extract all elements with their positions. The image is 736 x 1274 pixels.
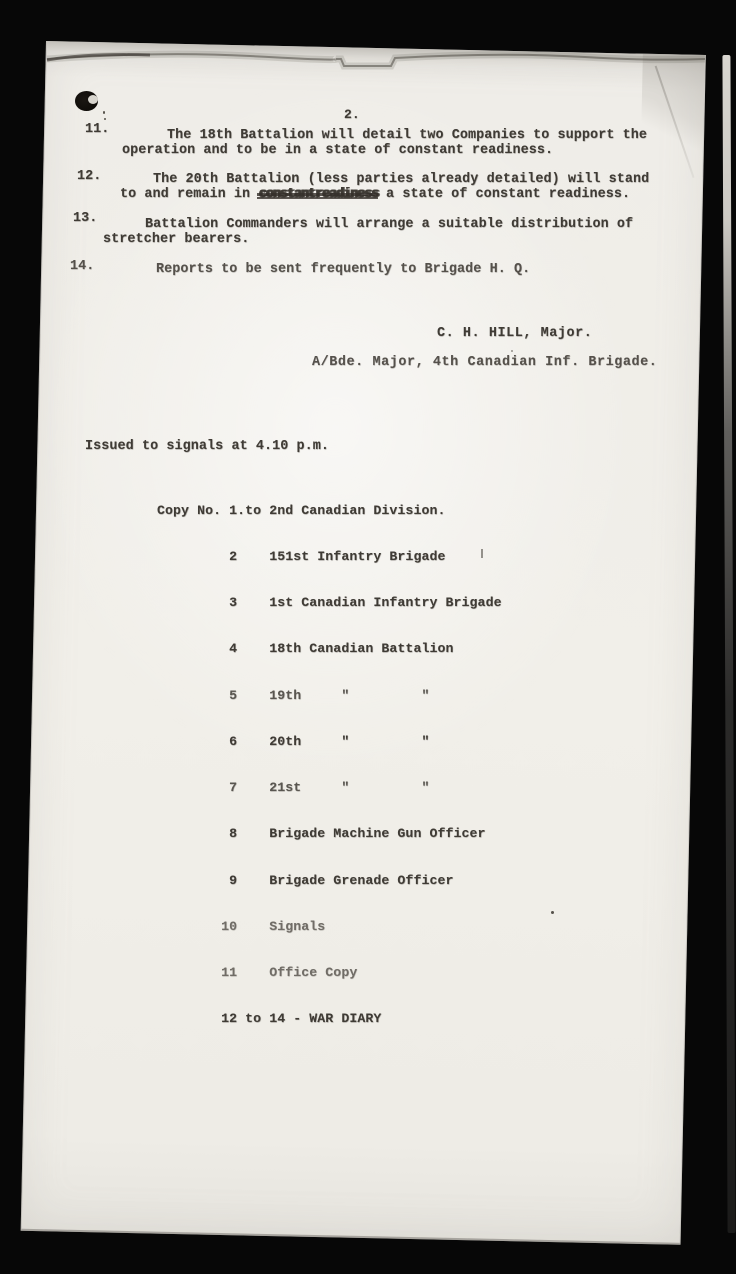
distribution-line: 7 21st " "	[157, 780, 502, 795]
distribution-line: 9 Brigade Grenade Officer	[157, 873, 502, 888]
distribution-line: 10 Signals	[157, 919, 502, 934]
distribution-line: 12 to 14 - WAR DIARY	[157, 1011, 502, 1026]
item-14-line-1: Reports to be sent frequently to Brigade…	[156, 263, 530, 278]
item-14-number: 14.	[70, 260, 94, 275]
distribution-line: 4 18th Canadian Battalion	[157, 641, 502, 656]
item-12-line-2-pre: to and remain in	[120, 187, 258, 202]
typed-text-layer: 2. 11. The 18th Battalion will detail tw…	[0, 0, 736, 1274]
distribution-line: 8 Brigade Machine Gun Officer	[157, 826, 502, 841]
distribution-list: Copy No. 1.to 2nd Canadian Division. 2 1…	[157, 472, 502, 1057]
signature-name: C. H. HILL, Major.	[437, 327, 592, 342]
distribution-line: 5 19th " "	[157, 688, 502, 703]
scanned-document-page: { "scan": { "page_number": "2.", "items"…	[0, 0, 736, 1274]
item-13-line-1: Battalion Commanders will arrange a suit…	[145, 218, 633, 233]
item-12-line-2-post: a state of constant readiness.	[378, 187, 630, 202]
distribution-line: 11 Office Copy	[157, 965, 502, 980]
distribution-line: 6 20th " "	[157, 734, 502, 749]
distribution-line: 3 1st Canadian Infantry Brigade	[157, 595, 502, 610]
item-11-line-1: The 18th Battalion will detail two Compa…	[167, 129, 647, 144]
item-11-line-2: operation and to be in a state of consta…	[122, 144, 553, 159]
item-13-line-2: stretcher bearers.	[103, 233, 249, 248]
page-number: 2.	[344, 108, 360, 123]
issued-line: Issued to signals at 4.10 p.m.	[85, 440, 329, 455]
distribution-line: Copy No. 1.to 2nd Canadian Division.	[157, 503, 502, 518]
signature-title: A/Bde. Major, 4th Canadian Inf. Brigade.	[312, 356, 657, 371]
item-13-number: 13.	[73, 212, 97, 227]
item-12-number: 12.	[77, 170, 101, 185]
distribution-line: 2 151st Infantry Brigade	[157, 549, 502, 564]
item-12-overtyped-text: constantreadiness	[258, 187, 378, 202]
item-11-number: 11.	[85, 123, 109, 138]
item-12-line-1: The 20th Battalion (less parties already…	[153, 173, 649, 188]
item-12-line-2: to and remain in constantreadiness a sta…	[120, 188, 630, 203]
